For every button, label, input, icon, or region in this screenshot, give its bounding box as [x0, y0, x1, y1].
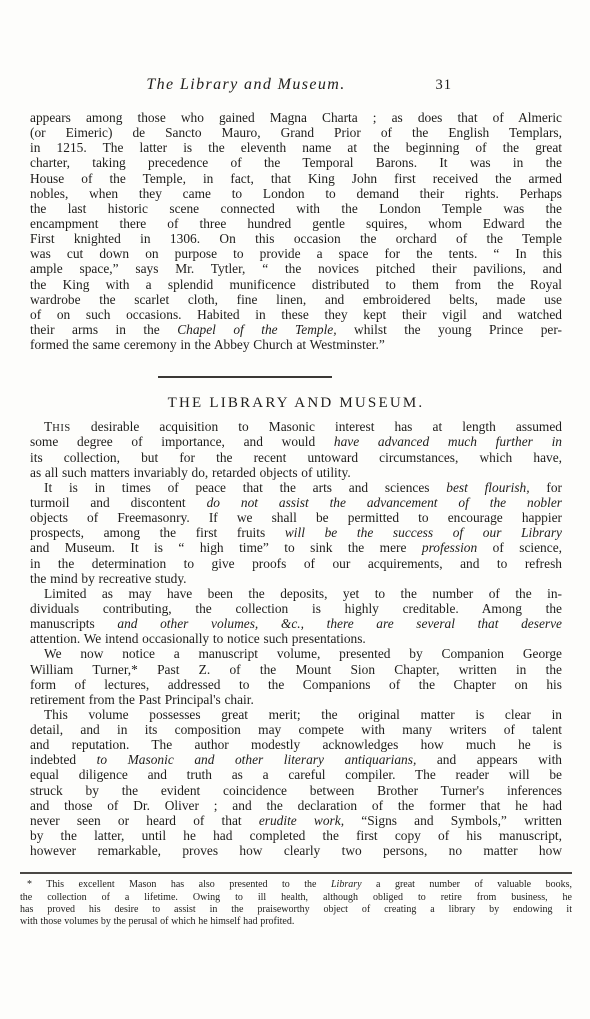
text-line: however remarkable, proves how clearly t… [30, 843, 562, 858]
scanned-page: The Library and Museum. 31 appears among… [30, 76, 562, 928]
text-line: its collection, but for the recent untow… [30, 450, 562, 465]
text-line: prospects, among the first fruits will b… [30, 525, 562, 540]
text-line: of on such occasions. Habited in these t… [30, 307, 562, 322]
text-line: THIS desirable acquisition to Masonic in… [30, 419, 562, 434]
text-line: nobles, when they came to London to dema… [30, 186, 562, 201]
running-header: The Library and Museum. 31 [30, 76, 562, 95]
text-line: the last historic scene connected with t… [30, 201, 562, 216]
text-line: the King with a splendid munificence dis… [30, 277, 562, 292]
text-line: and those of Dr. Oliver ; and the declar… [30, 798, 562, 813]
text-line: appears among those who gained Magna Cha… [30, 110, 562, 125]
text-line: charter, taking precedence of the Tempor… [30, 155, 562, 170]
text-line: the collection of a lifetime. Owing to i… [20, 892, 572, 904]
text-line: by the latter, until he had completed th… [30, 828, 562, 843]
text-line: turmoil and discontent do not assist the… [30, 495, 562, 510]
text-line: House of the Temple, in fact, that King … [30, 171, 562, 186]
text-line: in 1215. The latter is the eleventh name… [30, 140, 562, 155]
text-line: encampment there of three hundred gentle… [30, 216, 562, 231]
paragraph: This volume possesses great merit; the o… [30, 707, 562, 858]
text-line: and reputation. The author modestly ackn… [30, 737, 562, 752]
text-line: retirement from the Past Principal's cha… [30, 692, 562, 707]
text-line: We now notice a manuscript volume, prese… [30, 646, 562, 661]
text-line: with those volumes by the perusal of whi… [20, 916, 572, 928]
text-line: attention. We intend occasionally to not… [30, 631, 562, 646]
footnote-divider-rule [20, 872, 572, 874]
text-line: as all such matters invariably do, retar… [30, 465, 562, 480]
text-line: the mind by recreative study. [30, 571, 562, 586]
text-line: ample space,” says Mr. Tytler, “ the nov… [30, 261, 562, 276]
text-line: detail, and in its composition may compe… [30, 722, 562, 737]
text-line: It is in times of peace that the arts an… [30, 480, 562, 495]
text-line: equal diligence and truth as a careful c… [30, 767, 562, 782]
article-heading: THE LIBRARY AND MUSEUM. [30, 395, 562, 412]
article-body: THIS desirable acquisition to Masonic in… [30, 419, 562, 858]
paragraph: appears among those who gained Magna Cha… [30, 110, 562, 352]
text-line: indebted to Masonic and other literary a… [30, 752, 562, 767]
section-divider-rule [158, 376, 332, 378]
text-line: (or Eimeric) de Sancto Mauro, Grand Prio… [30, 125, 562, 140]
text-line: First knighted in 1306. On this occasion… [30, 231, 562, 246]
text-line: never seen or heard of that erudite work… [30, 813, 562, 828]
text-line: in the determination to give proofs of o… [30, 556, 562, 571]
text-line: This volume possesses great merit; the o… [30, 707, 562, 722]
footnote: * This excellent Mason has also presente… [20, 879, 572, 928]
paragraph: Limited as may have been the deposits, y… [30, 586, 562, 647]
text-line: struck by the evident coincidence betwee… [30, 783, 562, 798]
text-line: wardrobe the scarlet cloth, fine linen, … [30, 292, 562, 307]
text-line: objects of Freemasonry. If we shall be p… [30, 510, 562, 525]
paragraph: We now notice a manuscript volume, prese… [30, 646, 562, 707]
page-number: 31 [436, 77, 453, 94]
paragraph: * This excellent Mason has also presente… [20, 879, 572, 928]
paragraph: THIS desirable acquisition to Masonic in… [30, 419, 562, 480]
text-line: has proved his desire to assist in the p… [20, 904, 572, 916]
text-line: formed the same ceremony in the Abbey Ch… [30, 337, 562, 352]
text-line: was cut down on purpose to provide a spa… [30, 246, 562, 261]
text-line: * This excellent Mason has also presente… [20, 879, 572, 891]
text-line: some degree of importance, and would hav… [30, 434, 562, 449]
continuation-text: appears among those who gained Magna Cha… [30, 110, 562, 352]
text-line: Limited as may have been the deposits, y… [30, 586, 562, 601]
text-line: dividuals contributing, the collection i… [30, 601, 562, 616]
text-line: form of lectures, addressed to the Compa… [30, 677, 562, 692]
text-line: manuscripts and other volumes, &c., ther… [30, 616, 562, 631]
paragraph: It is in times of peace that the arts an… [30, 480, 562, 586]
text-line: their arms in the Chapel of the Temple, … [30, 322, 562, 337]
text-line: and Museum. It is “ high time” to sink t… [30, 540, 562, 555]
text-line: William Turner,* Past Z. of the Mount Si… [30, 662, 562, 677]
